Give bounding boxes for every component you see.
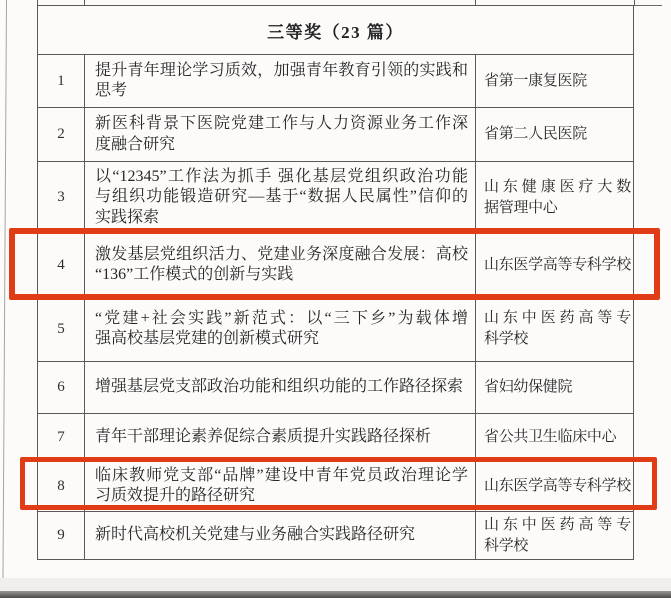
table-section-header: 三等奖（23 篇） (38, 6, 633, 54)
row-number-cell: 7 (38, 414, 85, 460)
paper-title-cell: 青年干部理论素养促综合素质提升实践路径探析 (85, 414, 476, 460)
row-number-cell: 2 (38, 108, 85, 161)
row-number-cell: 3 (38, 162, 85, 233)
highlight-box-row-8 (20, 457, 657, 510)
row-number-cell: 5 (38, 297, 85, 361)
highlight-box-row-4 (9, 228, 660, 300)
table-row-1: 1 提升青年理论学习质效，加强青年教育引领的实践和思考 省第一康复医院 (38, 54, 633, 107)
organization-cell: 省第一康复医院 (476, 55, 633, 107)
table-row-7: 7 青年干部理论素养促综合素质提升实践路径探析 省公共卫生临床中心 (38, 413, 633, 460)
paper-title-cell: 新医科背景下医院党建工作与人力资源业务工作深度融合研究 (85, 108, 476, 161)
bottom-scan-band (0, 578, 671, 591)
row-number-cell: 1 (38, 55, 85, 107)
paper-title-cell: 以“12345”工作法为抓手 强化基层党组织政治功能与组织功能锻造研究—基于“数… (85, 162, 476, 233)
organization-cell: 省妇幼保健院 (476, 362, 633, 413)
scanned-document-page: 三等奖（23 篇） 1 提升青年理论学习质效，加强青年教育引领的实践和思考 省第… (0, 0, 671, 598)
table-top-rule-overrun (634, 5, 662, 6)
paper-title-cell: 提升青年理论学习质效，加强青年教育引领的实践和思考 (85, 55, 476, 107)
paper-title-cell: “党建+社会实践”新范式：以“三下乡”为载体增强高校基层党建的创新模式研究 (85, 297, 476, 361)
table-row-5: 5 “党建+社会实践”新范式：以“三下乡”为载体增强高校基层党建的创新模式研究 … (38, 296, 633, 361)
organization-cell: 省公共卫生临床中心 (476, 414, 633, 460)
bottom-scan-shadow (0, 591, 671, 598)
table-row-2: 2 新医科背景下医院党建工作与人力资源业务工作深度融合研究 省第二人民医院 (38, 107, 633, 161)
table-row-6: 6 增强基层党支部政治功能和组织功能的工作路径探索 省妇幼保健院 (38, 361, 633, 413)
organization-cell: 山东健康医疗大数据管理中心 (476, 162, 633, 233)
organization-cell: 山东中医药高等专科学校 (476, 297, 633, 361)
row-number-cell: 9 (38, 512, 85, 559)
table-row-9: 9 新时代高校机关党建与业务融合实践路径研究 山东中医药高等专科学校 (38, 511, 633, 559)
section-header-label: 三等奖（23 篇） (267, 18, 404, 43)
table-row-3: 3 以“12345”工作法为抓手 强化基层党组织政治功能与组织功能锻造研究—基于… (38, 161, 633, 233)
row-number-cell: 6 (38, 362, 85, 413)
page-left-edge-line (2, 0, 7, 591)
paper-title-cell: 增强基层党支部政治功能和组织功能的工作路径探索 (85, 362, 476, 413)
organization-cell: 省第二人民医院 (476, 108, 633, 161)
paper-title-cell: 新时代高校机关党建与业务融合实践路径研究 (85, 512, 476, 559)
organization-cell: 山东中医药高等专科学校 (476, 512, 633, 559)
